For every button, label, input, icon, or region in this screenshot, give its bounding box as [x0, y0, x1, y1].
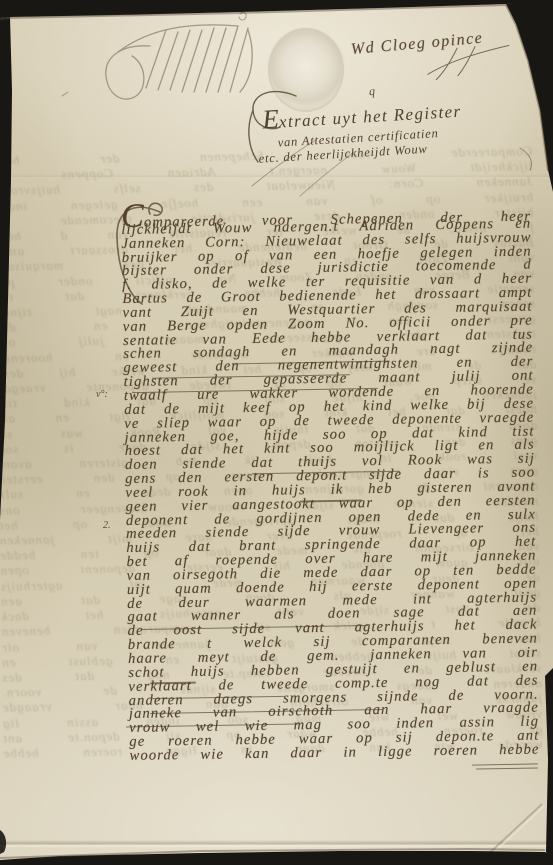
fold-crease-bottom: [0, 840, 553, 848]
fold-crease-upper: [0, 174, 553, 179]
margin-mark-1: v°:: [96, 389, 108, 400]
manuscript-page: Compareerde voor Schepenen der heerlijck…: [0, 0, 553, 865]
photo-frame: Compareerde voor Schepenen der heerlijck…: [0, 0, 553, 865]
manuscript-body: Compareerde voor Schepenen der heerlijck…: [121, 204, 540, 764]
margin-mark-2: 2.: [103, 520, 111, 531]
clerk-inscription: Wd Cloeg opince: [350, 25, 538, 89]
